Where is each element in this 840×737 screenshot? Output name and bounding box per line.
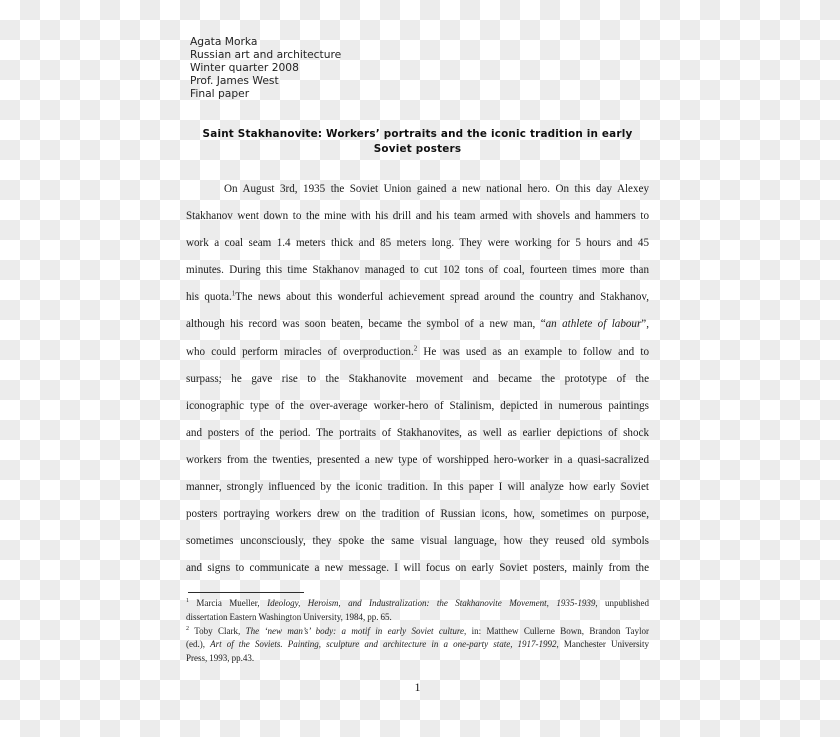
body-line: posters portraying workers drew on the t…	[186, 501, 649, 528]
paper-type: Final paper	[190, 88, 649, 101]
author-name: Agata Morka	[190, 36, 649, 49]
footnote-2-line: Press, 1993, pp.43.	[186, 652, 649, 666]
transparent-checkerboard-background: Agata Morka Russian art and architecture…	[0, 0, 840, 737]
term: Winter quarter 2008	[190, 62, 649, 75]
footnote-separator	[188, 592, 304, 593]
paper-title: Saint Stakhanovite: Workers’ portraits a…	[186, 127, 649, 156]
paper-title-line-2: Soviet posters	[186, 142, 649, 157]
page-number: 1	[186, 680, 649, 695]
footnote-2-line: (ed.), Art of the Soviets. Painting, scu…	[186, 638, 649, 652]
document-page: Agata Morka Russian art and architecture…	[186, 0, 649, 737]
body-line: manner, strongly influenced by the iconi…	[186, 474, 649, 501]
body-line: his quota.1The news about this wonderful…	[186, 284, 649, 311]
body-line: and posters of the period. The portraits…	[186, 420, 649, 447]
body-line: minutes. During this time Stakhanov mana…	[186, 257, 649, 284]
body-line: who could perform miracles of overproduc…	[186, 339, 649, 366]
body-line: iconographic type of the over-average wo…	[186, 393, 649, 420]
body-line: work a coal seam 1.4 meters thick and 85…	[186, 230, 649, 257]
footnote-1-line: 1 Marcia Mueller, Ideology, Heroism, and…	[186, 597, 649, 611]
footnotes: 1 Marcia Mueller, Ideology, Heroism, and…	[186, 597, 649, 666]
body-line: On August 3rd, 1935 the Soviet Union gai…	[186, 176, 649, 203]
author-header-block: Agata Morka Russian art and architecture…	[190, 36, 649, 101]
paper-title-line-1: Saint Stakhanovite: Workers’ portraits a…	[186, 127, 649, 142]
body-line: although his record was soon beaten, bec…	[186, 311, 649, 338]
course-name: Russian art and architecture	[190, 49, 649, 62]
body-line: sometimes unconsciously, they spoke the …	[186, 528, 649, 555]
body-line: Stakhanov went down to the mine with his…	[186, 203, 649, 230]
body-paragraph: On August 3rd, 1935 the Soviet Union gai…	[186, 176, 649, 582]
body-line: surpass; he gave rise to the Stakhanovit…	[186, 366, 649, 393]
footnote-1-line: dissertation Eastern Washington Universi…	[186, 611, 649, 625]
footnote-2-line: 2 Toby Clark, The ‘new man’s’ body: a mo…	[186, 625, 649, 639]
professor: Prof. James West	[190, 75, 649, 88]
body-line: and signs to communicate a new message. …	[186, 555, 649, 582]
body-line: workers from the twenties, presented a n…	[186, 447, 649, 474]
